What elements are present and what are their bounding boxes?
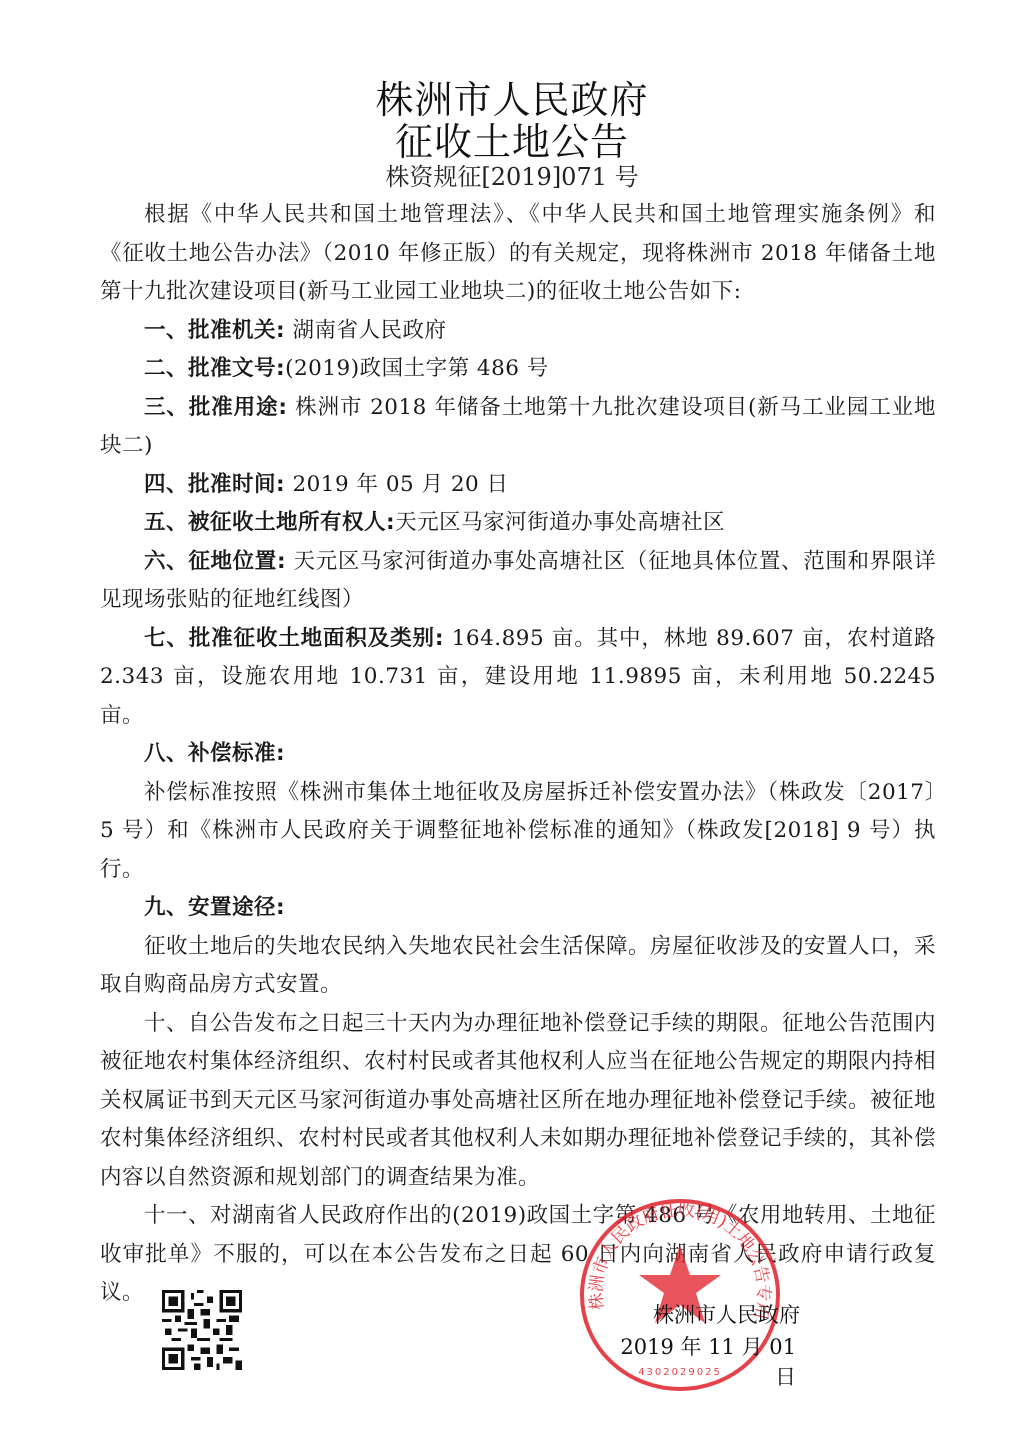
item-label: 五、被征收土地所有权人: [144,510,395,535]
item-label: 四、批准时间: [144,472,285,497]
signature-date: 2019 年 11 月 01 日 [596,1332,796,1392]
item-land-location: 六、征地位置: 天元区马家河街道办事处高塘社区（征地具体位置、范围和界限详见现场… [100,543,936,620]
item-text: 湖南省人民政府 [285,318,446,343]
signature-organization: 株洲市人民政府 [590,1300,800,1330]
title-line-2: 征收土地公告 [0,120,1024,164]
item-land-area: 七、批准征收土地面积及类别: 164.895 亩。其中，林地 89.607 亩，… [100,620,936,736]
item-label: 七、批准征收土地面积及类别: [144,626,444,651]
qr-code-icon [162,1290,242,1370]
item-approval-authority: 一、批准机关: 湖南省人民政府 [100,312,936,351]
document-body: 根据《中华人民共和国土地管理法》、《中华人民共和国土地管理实施条例》和《征收土地… [100,196,936,1313]
item-text: 2019 年 05 月 20 日 [285,472,508,497]
item-label: 六、征地位置: [144,549,286,574]
item-label: 三、批准用途: [144,395,287,420]
item-compensation-text: 补偿标准按照《株洲市集体土地征收及房屋拆迁补偿安置办法》（株政发〔2017〕5 … [100,774,936,890]
item-resettlement-text: 征收土地后的失地农民纳入失地农民社会生活保障。房屋征收涉及的安置人口，采取自购商… [100,928,936,1005]
item-label: 八、补偿标准: [144,741,285,766]
item-text: (2019)政国土字第 486 号 [285,356,549,381]
item-registration-deadline: 十、自公告发布之日起三十天内为办理征地补偿登记手续的期限。征地公告范围内被征地农… [100,1005,936,1198]
item-resettlement-heading: 九、安置途径: [100,889,936,928]
item-approval-number: 二、批准文号:(2019)政国土字第 486 号 [100,350,936,389]
item-land-owner: 五、被征收土地所有权人:天元区马家河街道办事处高塘社区 [100,504,936,543]
item-text: 天元区马家河街道办事处高塘社区 [395,510,725,535]
title-line-1: 株洲市人民政府 [0,78,1024,122]
intro-paragraph: 根据《中华人民共和国土地管理法》、《中华人民共和国土地管理实施条例》和《征收土地… [100,196,936,312]
item-approval-purpose: 三、批准用途: 株洲市 2018 年储备土地第十九批次建设项目(新马工业园工业地… [100,389,936,466]
item-approval-date: 四、批准时间: 2019 年 05 月 20 日 [100,466,936,505]
item-label: 一、批准机关: [144,318,285,343]
item-label: 九、安置途径: [144,895,285,920]
document-number: 株资规征[2019]071 号 [0,160,1024,194]
item-label: 二、批准文号: [144,356,285,381]
item-compensation-heading: 八、补偿标准: [100,735,936,774]
